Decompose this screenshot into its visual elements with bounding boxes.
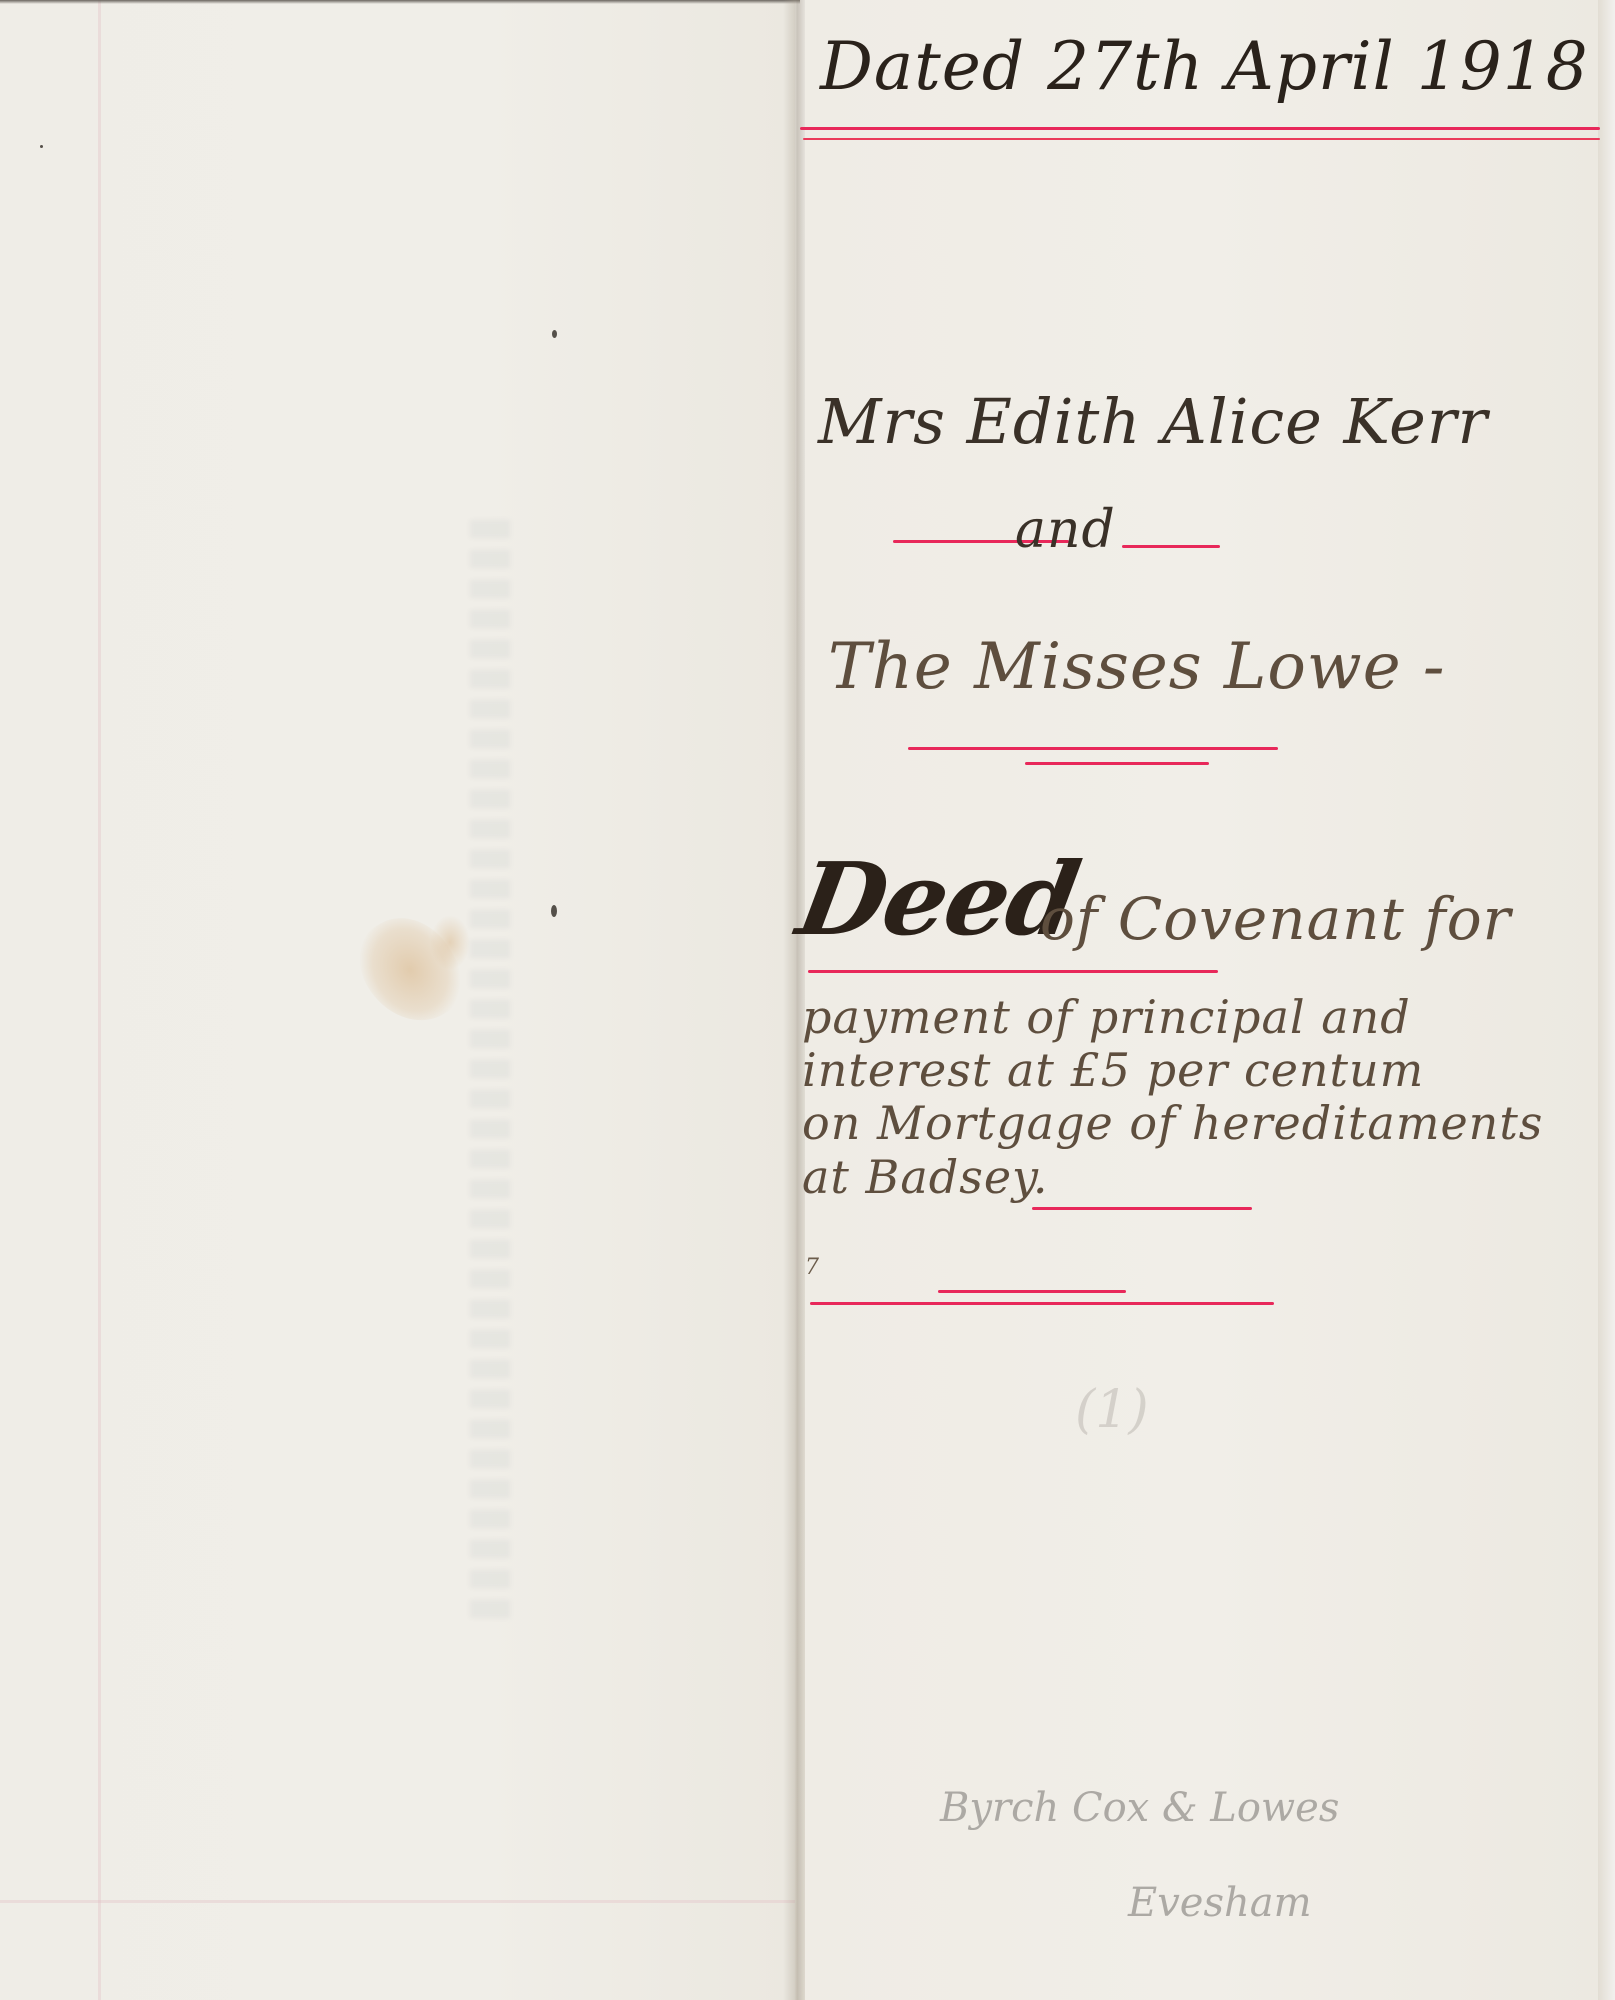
margin-mark: 7 — [805, 1255, 820, 1280]
red-rule — [938, 1290, 1126, 1293]
red-rule — [800, 127, 1600, 130]
bleed-through-text — [470, 520, 510, 1620]
deed-title-rest: of Covenant for — [1040, 885, 1511, 953]
water-stain-small — [430, 915, 470, 970]
page-top-edge — [0, 0, 800, 4]
red-rule — [1122, 545, 1220, 548]
pencil-note-line-1: Byrch Cox & Lowes — [940, 1785, 1339, 1831]
description-line-1: payment of principal and — [802, 990, 1411, 1044]
margin-rule-vertical — [98, 0, 101, 2000]
red-rule — [1032, 1207, 1252, 1210]
ink-speck — [551, 905, 557, 917]
faint-pencil-mark: (1) — [1075, 1380, 1149, 1440]
pencil-note-line-2: Evesham — [1128, 1880, 1312, 1926]
party-two-name: The Misses Lowe - — [828, 630, 1446, 704]
description-line-4: at Badsey. — [802, 1150, 1049, 1204]
ink-speck — [552, 330, 557, 338]
deed-document: Dated 27th April 1918 Mrs Edith Alice Ke… — [0, 0, 1615, 2000]
red-rule — [1025, 762, 1209, 765]
red-rule — [803, 138, 1600, 140]
party-one-name: Mrs Edith Alice Kerr — [818, 385, 1488, 458]
description-line-3: on Mortgage of hereditaments — [802, 1096, 1543, 1150]
page-right-edge — [1598, 0, 1615, 2000]
left-page — [0, 0, 795, 2000]
red-rule — [808, 970, 1218, 973]
margin-rule-horizontal — [0, 1900, 795, 1903]
red-rule — [810, 1302, 1274, 1305]
red-rule — [908, 747, 1278, 750]
conjunction-and: and — [1015, 500, 1116, 560]
ink-speck — [40, 145, 43, 148]
description-line-2: interest at £5 per centum — [802, 1043, 1424, 1097]
dated-line: Dated 27th April 1918 — [820, 28, 1589, 105]
